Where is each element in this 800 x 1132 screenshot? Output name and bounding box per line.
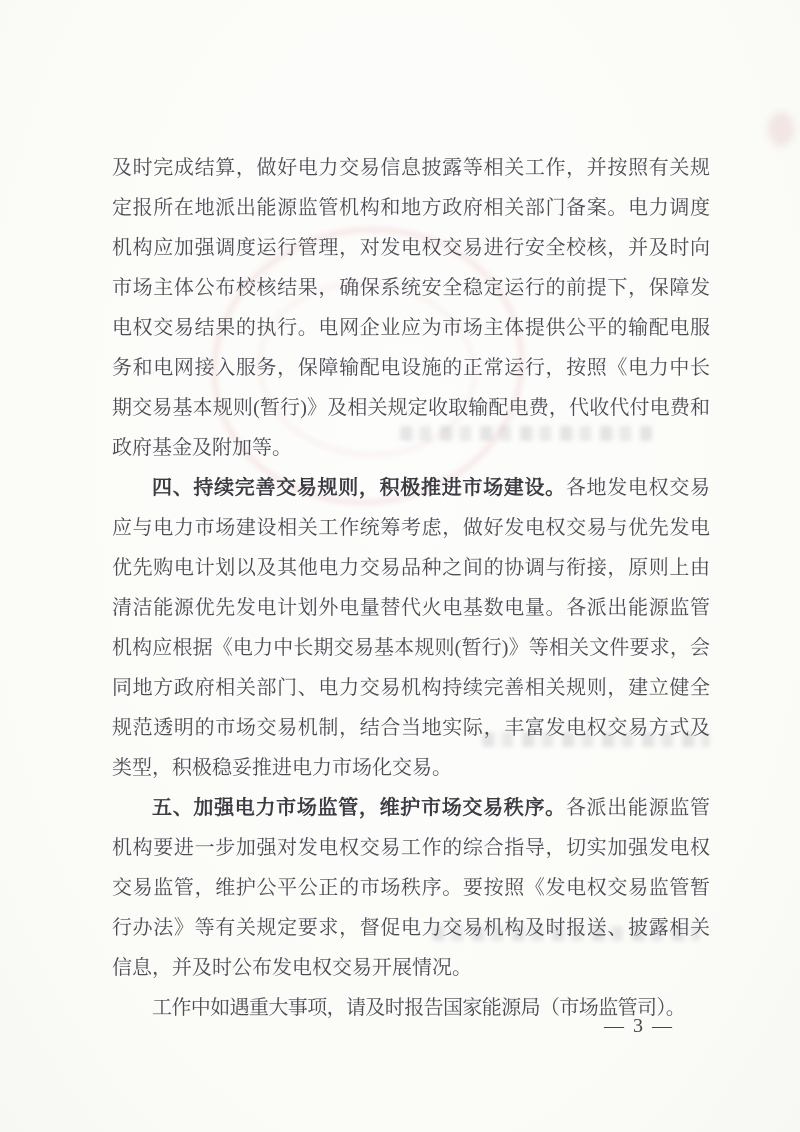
body-line: 市场主体公布校核结果，确保系统安全稳定运行的前提下，保障发 — [112, 268, 710, 308]
body-line: 机构应加强调度运行管理，对发电权交易进行安全校核，并及时向 — [112, 228, 710, 268]
body-line: 信息，并及时公布发电权交易开展情况。 — [112, 948, 710, 988]
section-5-heading-rest: 各派出能源监管 — [566, 797, 710, 819]
body-line: 机构要进一步加强对发电权交易工作的综合指导，切实加强发电权 — [112, 828, 710, 868]
document-body: 及时完成结算，做好电力交易信息披露等相关工作，并按照有关规 定报所在地派出能源监… — [112, 148, 710, 1028]
section-4-heading: 四、持续完善交易规则，积极推进市场建设。 — [152, 477, 566, 499]
body-line: 务和电网接入服务，保障输配电设施的正常运行，按照《电力中长 — [112, 348, 710, 388]
body-line: 期交易基本规则(暂行)》及相关规定收取输配电费，代收代付电费和 — [112, 388, 710, 428]
body-line: 优先购电计划以及其他电力交易品种之间的协调与衔接，原则上由 — [112, 548, 710, 588]
body-line: 及时完成结算，做好电力交易信息披露等相关工作，并按照有关规 — [112, 148, 710, 188]
section-heading-line: 五、加强电力市场监管，维护市场交易秩序。各派出能源监管 — [112, 788, 710, 828]
body-line: 清洁能源优先发电计划外电量替代火电基数电量。各派出能源监管 — [112, 588, 710, 628]
body-line: 电权交易结果的执行。电网企业应为市场主体提供公平的输配电服 — [112, 308, 710, 348]
body-line: 定报所在地派出能源监管机构和地方政府相关部门备案。电力调度 — [112, 188, 710, 228]
body-line: 同地方政府相关部门、电力交易机构持续完善相关规则，建立健全 — [112, 668, 710, 708]
scan-blemish — [768, 112, 794, 146]
scanned-document-page: 及时完成结算，做好电力交易信息披露等相关工作，并按照有关规 定报所在地派出能源监… — [0, 0, 800, 1132]
body-line: 行办法》等有关规定要求，督促电力交易机构及时报送、披露相关 — [112, 908, 710, 948]
body-line: 规范透明的市场交易机制，结合当地实际，丰富发电权交易方式及 — [112, 708, 710, 748]
body-line: 机构应根据《电力中长期交易基本规则(暂行)》等相关文件要求，会 — [112, 628, 710, 668]
section-heading-line: 四、持续完善交易规则，积极推进市场建设。各地发电权交易 — [112, 468, 710, 508]
body-line: 交易监管，维护公平公正的市场秩序。要按照《发电权交易监管暂 — [112, 868, 710, 908]
body-line: 应与电力市场建设相关工作统筹考虑，做好发电权交易与优先发电 — [112, 508, 710, 548]
section-5-heading: 五、加强电力市场监管，维护市场交易秩序。 — [152, 797, 566, 819]
body-line: 政府基金及附加等。 — [112, 428, 710, 468]
body-line: 类型，积极稳妥推进电力市场化交易。 — [112, 748, 710, 788]
page-number: — 3 — — [596, 1012, 682, 1040]
section-4-heading-rest: 各地发电权交易 — [566, 477, 710, 499]
